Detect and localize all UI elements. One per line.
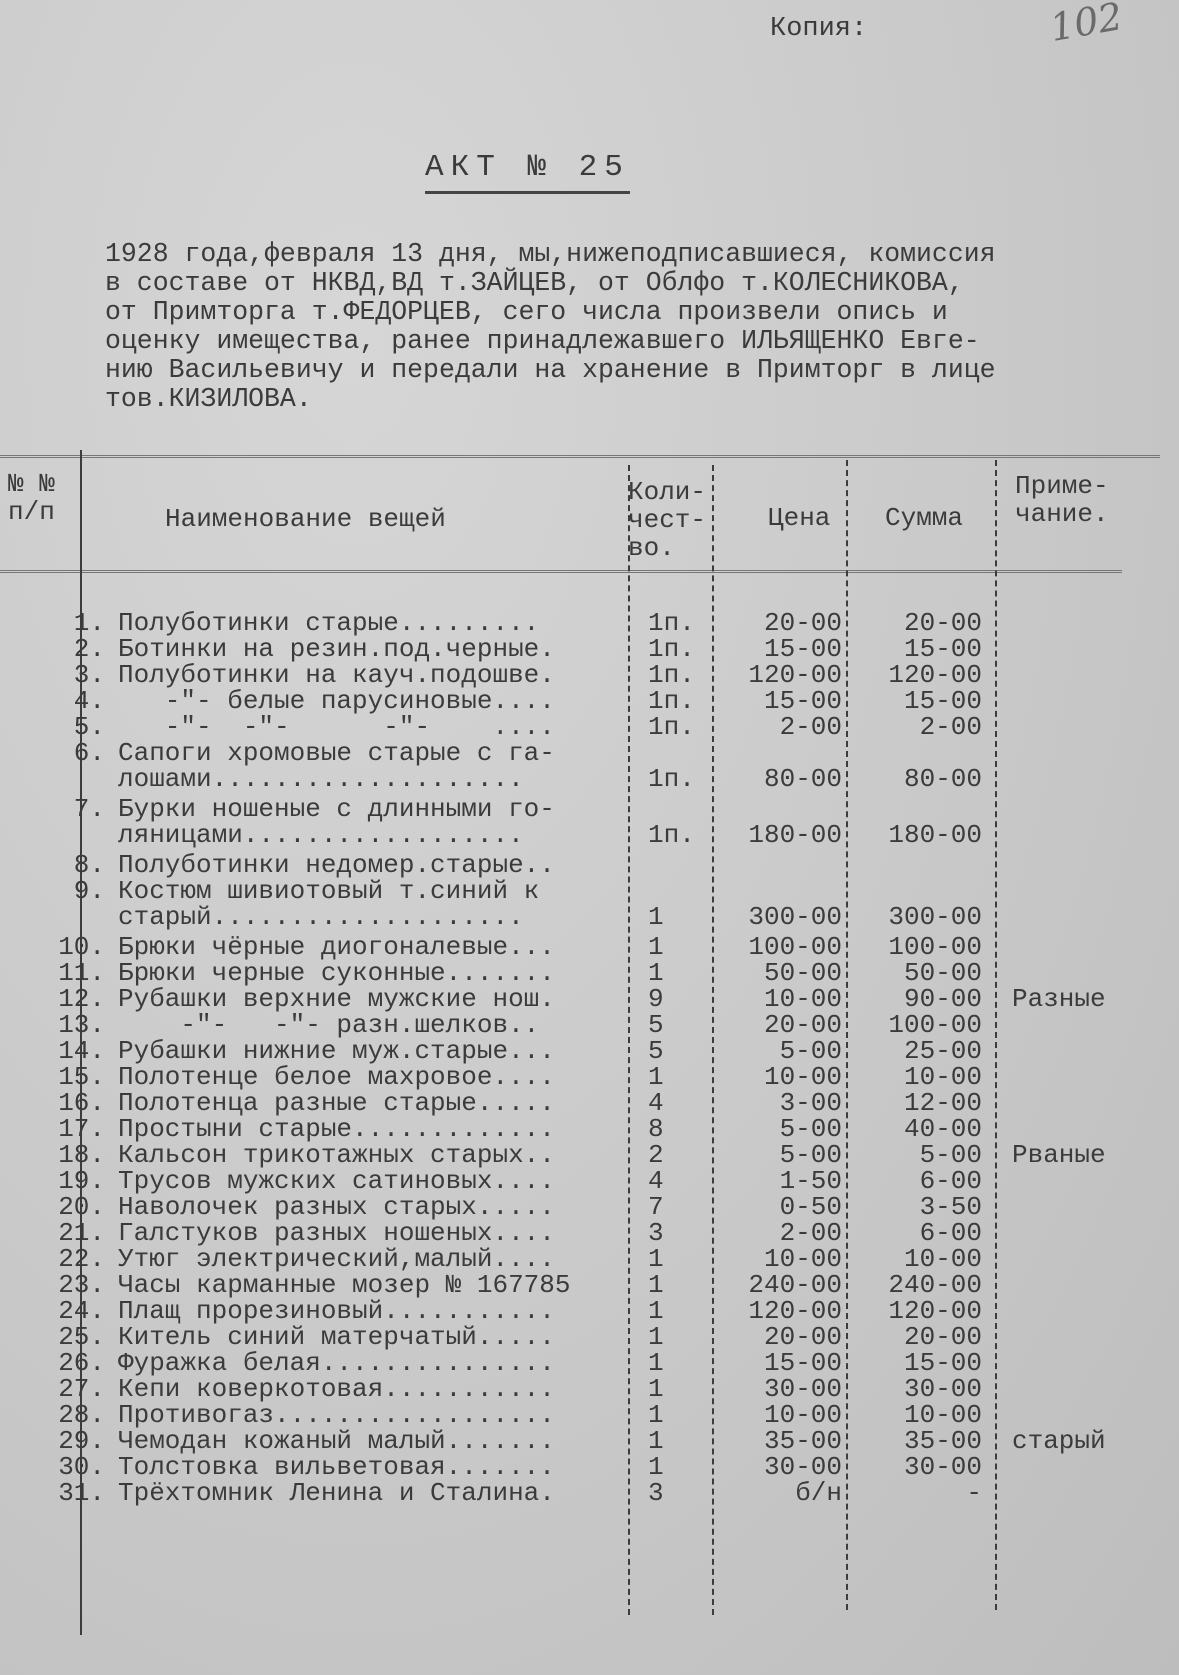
item-name: Брюки черные суконные....... — [118, 960, 628, 986]
item-name: Полуботинки на кауч.подошве. — [118, 662, 628, 688]
item-price: 80-00 — [700, 766, 842, 792]
row-number: 6. — [20, 740, 105, 766]
table-row: 29.Чемодан кожаный малый.......135-0035-… — [0, 1428, 1179, 1454]
column-header-qty: Коли- чест- во. — [628, 478, 706, 562]
item-sum: 100-00 — [850, 1012, 982, 1038]
item-name: Китель синий матерчатый..... — [118, 1324, 628, 1350]
item-note: Разные — [1012, 986, 1172, 1012]
item-price: 10-00 — [700, 1246, 842, 1272]
item-sum: 12-00 — [850, 1090, 982, 1116]
row-number: 24. — [20, 1298, 105, 1324]
item-price: 20-00 — [700, 610, 842, 636]
item-name: Наволочек разных старых..... — [118, 1194, 628, 1220]
item-price: б/н — [700, 1480, 842, 1506]
item-price: 300-00 — [700, 904, 842, 930]
row-number: 2. — [20, 636, 105, 662]
row-number: 11. — [20, 960, 105, 986]
item-quantity: 1п. — [648, 636, 708, 662]
item-price: 20-00 — [700, 1324, 842, 1350]
table-row: 5. -"- -"- -"- ....1п.2-002-00 — [0, 714, 1179, 740]
item-name: Часы карманные мозер № 167785 — [118, 1272, 628, 1298]
item-name: Полотенца разные старые..... — [118, 1090, 628, 1116]
table-row: 19.Трусов мужских сатиновых....41-506-00 — [0, 1168, 1179, 1194]
handwritten-page-number: 102 — [1047, 0, 1126, 50]
table-row: 10.Брюки чёрные диогоналевые...1100-0010… — [0, 934, 1179, 960]
row-number: 16. — [20, 1090, 105, 1116]
item-quantity: 1 — [648, 1324, 708, 1350]
table-row: 28.Противогаз..................110-0010-… — [0, 1402, 1179, 1428]
column-header-note: Приме- чание. — [1015, 472, 1109, 528]
table-row: 16.Полотенца разные старые.....43-0012-0… — [0, 1090, 1179, 1116]
intro-line: оценку имещества, ранее принадлежавшего … — [105, 327, 1155, 356]
row-number: 19. — [20, 1168, 105, 1194]
row-number: 26. — [20, 1350, 105, 1376]
table-row: 18.Кальсон трикотажных старых..25-005-00… — [0, 1142, 1179, 1168]
item-sum: 25-00 — [850, 1038, 982, 1064]
item-sum: 300-00 — [850, 904, 982, 930]
intro-line: от Примторга т.ФЕДОРЦЕВ, сего числа прои… — [105, 298, 1155, 327]
item-quantity: 1 — [648, 1246, 708, 1272]
table-row: 3.Полуботинки на кауч.подошве.1п.120-001… — [0, 662, 1179, 688]
item-name: -"- -"- разн.шелков.. — [118, 1012, 628, 1038]
table-row: 26.Фуражка белая...............115-0015-… — [0, 1350, 1179, 1376]
item-price: 0-50 — [700, 1194, 842, 1220]
item-sum: 30-00 — [850, 1454, 982, 1480]
item-name: Полотенце белое махровое.... — [118, 1064, 628, 1090]
item-name: Рубашки нижние муж.старые... — [118, 1038, 628, 1064]
item-name: Плащ прорезиновый........... — [118, 1298, 628, 1324]
item-quantity: 8 — [648, 1116, 708, 1142]
item-name: Брюки чёрные диогоналевые... — [118, 934, 628, 960]
row-number: 22. — [20, 1246, 105, 1272]
item-name: Бурки ношеные с длинными го- ляницами...… — [118, 796, 628, 848]
item-name: Простыни старые............. — [118, 1116, 628, 1142]
item-sum: 3-50 — [850, 1194, 982, 1220]
row-number: 23. — [20, 1272, 105, 1298]
row-number: 18. — [20, 1142, 105, 1168]
table-row: 27.Кепи коверкотовая...........130-0030-… — [0, 1376, 1179, 1402]
item-name: Полуботинки старые......... — [118, 610, 628, 636]
item-price: 240-00 — [700, 1272, 842, 1298]
item-name: Утюг электрический,малый.... — [118, 1246, 628, 1272]
item-quantity: 5 — [648, 1038, 708, 1064]
item-price: 15-00 — [700, 1350, 842, 1376]
item-sum: 20-00 — [850, 1324, 982, 1350]
item-sum: 35-00 — [850, 1428, 982, 1454]
item-price: 50-00 — [700, 960, 842, 986]
item-quantity: 2 — [648, 1142, 708, 1168]
item-name: Фуражка белая............... — [118, 1350, 628, 1376]
item-price: 35-00 — [700, 1428, 842, 1454]
item-name: Сапоги хромовые старые с га- лошами.....… — [118, 740, 628, 792]
table-row: 14.Рубашки нижние муж.старые...55-0025-0… — [0, 1038, 1179, 1064]
document-title: АКТ № 25 — [425, 150, 630, 194]
intro-line: тов.КИЗИЛОВА. — [105, 385, 1155, 414]
column-header-num: № № п/п — [8, 470, 55, 526]
item-price: 5-00 — [700, 1038, 842, 1064]
row-number: 10. — [20, 934, 105, 960]
item-sum: 2-00 — [850, 714, 982, 740]
item-quantity: 1 — [648, 960, 708, 986]
table-row: 24.Плащ прорезиновый...........1120-0012… — [0, 1298, 1179, 1324]
row-number: 3. — [20, 662, 105, 688]
item-price: 10-00 — [700, 986, 842, 1012]
row-number: 15. — [20, 1064, 105, 1090]
table-row: 22.Утюг электрический,малый....110-0010-… — [0, 1246, 1179, 1272]
item-name: Ботинки на резин.под.черные. — [118, 636, 628, 662]
item-sum: 30-00 — [850, 1376, 982, 1402]
intro-line: 1928 года,февраля 13 дня, мы,нижеподписа… — [105, 240, 1155, 269]
intro-line: в составе от НКВД,ВД т.ЗАЙЦЕВ, от Облфо … — [105, 269, 1155, 298]
item-sum: 120-00 — [850, 1298, 982, 1324]
table-row: 15.Полотенце белое махровое....110-0010-… — [0, 1064, 1179, 1090]
item-note: старый — [1012, 1428, 1172, 1454]
row-number: 14. — [20, 1038, 105, 1064]
item-price: 10-00 — [700, 1064, 842, 1090]
row-number: 27. — [20, 1376, 105, 1402]
item-quantity: 1п. — [648, 822, 708, 848]
table-row: 1.Полуботинки старые.........1п.20-0020-… — [0, 610, 1179, 636]
item-quantity: 1 — [648, 1272, 708, 1298]
item-sum: 20-00 — [850, 610, 982, 636]
item-sum: 80-00 — [850, 766, 982, 792]
item-price: 2-00 — [700, 1220, 842, 1246]
item-price: 30-00 — [700, 1454, 842, 1480]
item-sum: 240-00 — [850, 1272, 982, 1298]
table-row: 23.Часы карманные мозер № 1677851240-002… — [0, 1272, 1179, 1298]
table-row: 25.Китель синий матерчатый.....120-0020-… — [0, 1324, 1179, 1350]
item-sum: 50-00 — [850, 960, 982, 986]
row-number: 7. — [20, 796, 105, 822]
item-name: -"- -"- -"- .... — [118, 714, 628, 740]
item-quantity: 4 — [648, 1090, 708, 1116]
item-price: 5-00 — [700, 1142, 842, 1168]
item-price: 100-00 — [700, 934, 842, 960]
table-row: 12.Рубашки верхние мужские нош.910-0090-… — [0, 986, 1179, 1012]
item-quantity: 1 — [648, 1428, 708, 1454]
item-name: Рубашки верхние мужские нош. — [118, 986, 628, 1012]
item-price: 1-50 — [700, 1168, 842, 1194]
item-sum: 15-00 — [850, 636, 982, 662]
copy-label: Копия: — [770, 14, 867, 44]
item-sum: 15-00 — [850, 688, 982, 714]
item-sum: 180-00 — [850, 822, 982, 848]
item-price: 5-00 — [700, 1116, 842, 1142]
column-header-sum: Сумма — [885, 504, 963, 532]
item-name: Трусов мужских сатиновых.... — [118, 1168, 628, 1194]
item-name: Чемодан кожаный малый....... — [118, 1428, 628, 1454]
item-sum: 100-00 — [850, 934, 982, 960]
item-price: 3-00 — [700, 1090, 842, 1116]
table-row: 20.Наволочек разных старых.....70-503-50 — [0, 1194, 1179, 1220]
item-quantity: 1 — [648, 904, 708, 930]
item-price: 2-00 — [700, 714, 842, 740]
row-number: 12. — [20, 986, 105, 1012]
item-quantity: 3 — [648, 1480, 708, 1506]
item-quantity: 1 — [648, 1454, 708, 1480]
item-quantity: 1 — [648, 1402, 708, 1428]
item-sum: 15-00 — [850, 1350, 982, 1376]
item-quantity: 1 — [648, 1350, 708, 1376]
item-quantity: 1 — [648, 934, 708, 960]
item-name: Толстовка вильветовая....... — [118, 1454, 628, 1480]
table-row: 9.Костюм шивиотовый т.синий к старый....… — [0, 878, 1179, 930]
table-row: 17.Простыни старые.............85-0040-0… — [0, 1116, 1179, 1142]
column-header-name: Наименование вещей — [165, 505, 446, 533]
intro-line: нию Васильевичу и передали на хранение в… — [105, 356, 1155, 385]
row-number: 17. — [20, 1116, 105, 1142]
intro-paragraph: 1928 года,февраля 13 дня, мы,нижеподписа… — [105, 240, 1155, 414]
row-number: 5. — [20, 714, 105, 740]
item-name: Галстуков разных ношеных.... — [118, 1220, 628, 1246]
table-row: 2.Ботинки на резин.под.черные.1п.15-0015… — [0, 636, 1179, 662]
item-sum: 6-00 — [850, 1168, 982, 1194]
row-number: 20. — [20, 1194, 105, 1220]
row-number: 4. — [20, 688, 105, 714]
item-quantity: 1п. — [648, 688, 708, 714]
table-top-rule — [0, 455, 1160, 458]
row-number: 25. — [20, 1324, 105, 1350]
item-price: 120-00 — [700, 1298, 842, 1324]
item-quantity: 1п. — [648, 714, 708, 740]
item-quantity: 5 — [648, 1012, 708, 1038]
column-header-price: Цена — [768, 504, 830, 532]
table-row: 8.Полуботинки недомер.старые.. — [0, 852, 1179, 878]
row-number: 21. — [20, 1220, 105, 1246]
item-quantity: 1п. — [648, 610, 708, 636]
item-quantity: 9 — [648, 986, 708, 1012]
table-row: 11.Брюки черные суконные.......150-0050-… — [0, 960, 1179, 986]
table-header-rule — [0, 570, 1122, 573]
row-number: 13. — [20, 1012, 105, 1038]
item-name: -"- белые парусиновые.... — [118, 688, 628, 714]
item-sum: 6-00 — [850, 1220, 982, 1246]
item-quantity: 1п. — [648, 766, 708, 792]
item-price: 30-00 — [700, 1376, 842, 1402]
item-sum: 10-00 — [850, 1402, 982, 1428]
item-quantity: 1п. — [648, 662, 708, 688]
table-row: 30.Толстовка вильветовая.......130-0030-… — [0, 1454, 1179, 1480]
item-name: Костюм шивиотовый т.синий к старый......… — [118, 878, 628, 930]
item-quantity: 7 — [648, 1194, 708, 1220]
table-row: 31.Трёхтомник Ленина и Сталина.3б/н- — [0, 1480, 1179, 1506]
item-price: 15-00 — [700, 636, 842, 662]
row-number: 8. — [20, 852, 105, 878]
row-number: 1. — [20, 610, 105, 636]
row-number: 30. — [20, 1454, 105, 1480]
item-sum: 40-00 — [850, 1116, 982, 1142]
item-quantity: 1 — [648, 1298, 708, 1324]
item-name: Противогаз.................. — [118, 1402, 628, 1428]
row-number: 28. — [20, 1402, 105, 1428]
table-row: 21.Галстуков разных ношеных....32-006-00 — [0, 1220, 1179, 1246]
row-number: 9. — [20, 878, 105, 904]
table-row: 6.Сапоги хромовые старые с га- лошами...… — [0, 740, 1179, 792]
table-row: 7.Бурки ношеные с длинными го- ляницами.… — [0, 796, 1179, 848]
item-price: 120-00 — [700, 662, 842, 688]
item-sum: 120-00 — [850, 662, 982, 688]
item-sum: 10-00 — [850, 1064, 982, 1090]
item-name: Кальсон трикотажных старых.. — [118, 1142, 628, 1168]
item-quantity: 3 — [648, 1220, 708, 1246]
item-price: 20-00 — [700, 1012, 842, 1038]
item-name: Трёхтомник Ленина и Сталина. — [118, 1480, 628, 1506]
table-row: 13. -"- -"- разн.шелков..520-00100-00 — [0, 1012, 1179, 1038]
row-number: 31. — [20, 1480, 105, 1506]
item-price: 180-00 — [700, 822, 842, 848]
item-quantity: 4 — [648, 1168, 708, 1194]
item-name: Кепи коверкотовая........... — [118, 1376, 628, 1402]
item-sum: 10-00 — [850, 1246, 982, 1272]
item-quantity: 1 — [648, 1376, 708, 1402]
table-row: 4. -"- белые парусиновые....1п.15-0015-0… — [0, 688, 1179, 714]
item-price: 15-00 — [700, 688, 842, 714]
item-note: Рваные — [1012, 1142, 1172, 1168]
item-sum: 90-00 — [850, 986, 982, 1012]
item-name: Полуботинки недомер.старые.. — [118, 852, 628, 878]
item-price: 10-00 — [700, 1402, 842, 1428]
row-number: 29. — [20, 1428, 105, 1454]
item-quantity: 1 — [648, 1064, 708, 1090]
item-sum: - — [850, 1480, 982, 1506]
item-sum: 5-00 — [850, 1142, 982, 1168]
